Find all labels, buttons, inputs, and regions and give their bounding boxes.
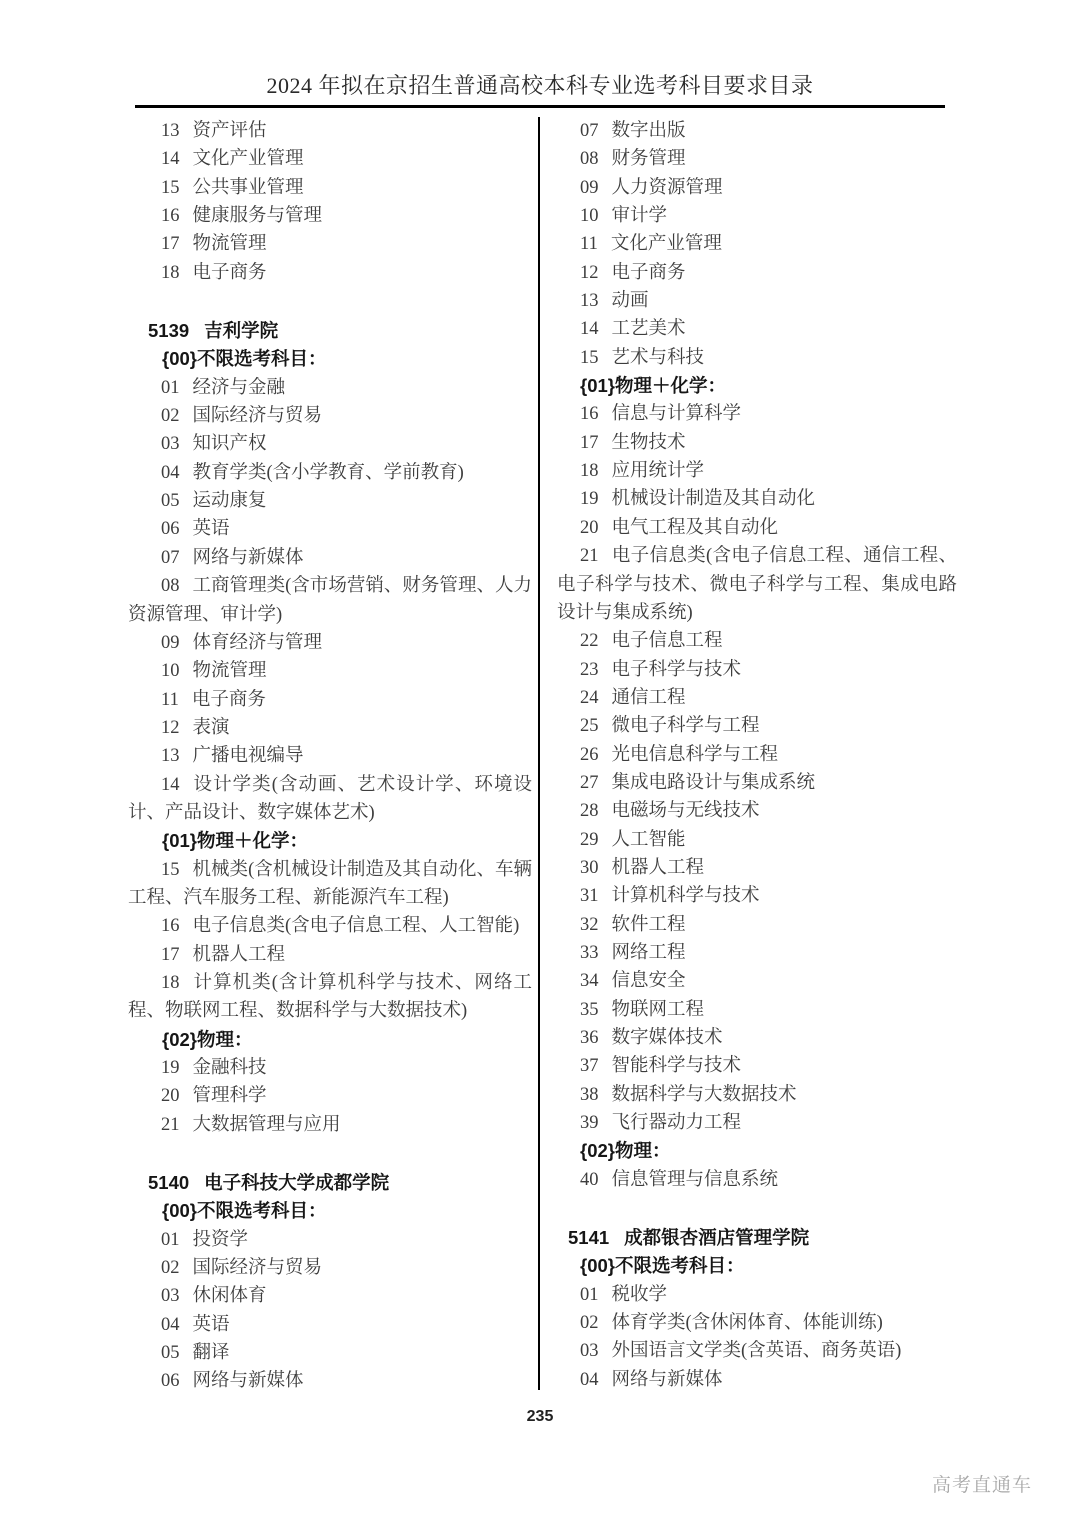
item-number: 11 [161, 690, 179, 710]
major-name: 光电信息科学与工程 [612, 745, 779, 765]
major-name: 机械类(含机械设计制造及其自动化、车辆工程、汽车服务工程、新能源汽车工程) [128, 860, 532, 908]
major-item: 15机械类(含机械设计制造及其自动化、车辆工程、汽车服务工程、新能源汽车工程) [128, 856, 532, 913]
item-number: 17 [161, 234, 180, 254]
document-page: 2024 年拟在京招生普通高校本科专业选考科目要求目录 13资产评估14文化产业… [0, 0, 1080, 1527]
item-number: 09 [161, 633, 180, 653]
major-item: 16信息与计算科学 [557, 400, 957, 428]
school-name: 电子科技大学成都学院 [204, 1172, 389, 1193]
item-number: 19 [161, 1058, 180, 1078]
major-name: 数字媒体技术 [612, 1028, 723, 1048]
item-number: 01 [161, 1230, 180, 1250]
major-name: 设计学类(含动画、艺术设计学、环境设计、产品设计、数字媒体艺术) [128, 775, 532, 823]
group-header: {00}不限选考科目： [128, 345, 532, 373]
major-name: 财务管理 [612, 149, 686, 169]
major-item: 33网络工程 [557, 939, 957, 967]
major-name: 英语 [193, 519, 230, 539]
item-number: 08 [580, 149, 599, 169]
major-item: 12表演 [128, 714, 532, 742]
major-name: 微电子科学与工程 [612, 716, 760, 736]
major-item: 05运动康复 [128, 487, 532, 515]
item-number: 04 [161, 1315, 180, 1335]
item-number: 02 [161, 406, 180, 426]
major-name: 运动康复 [193, 491, 267, 511]
major-item: 11文化产业管理 [557, 230, 957, 258]
major-item: 36数字媒体技术 [557, 1024, 957, 1052]
major-item: 03知识产权 [128, 430, 532, 458]
group-label: {00}不限选考科目： [580, 1255, 744, 1276]
item-number: 30 [580, 858, 599, 878]
item-number: 07 [161, 548, 180, 568]
major-name: 信息与计算科学 [612, 404, 742, 424]
major-item: 21大数据管理与应用 [128, 1111, 532, 1139]
major-name: 电子商务 [193, 263, 267, 283]
item-number: 13 [161, 746, 180, 766]
item-number: 14 [161, 775, 180, 795]
major-name: 通信工程 [612, 688, 686, 708]
item-number: 13 [580, 291, 599, 311]
item-number: 20 [580, 518, 599, 538]
major-name: 计算机类(含计算机科学与技术、网络工程、物联网工程、数据科学与大数据技术) [128, 973, 532, 1021]
major-name: 软件工程 [612, 915, 686, 935]
major-name: 网络与新媒体 [193, 548, 304, 568]
major-item: 15艺术与科技 [557, 344, 957, 372]
major-item: 35物联网工程 [557, 996, 957, 1024]
major-item: 11电子商务 [128, 686, 532, 714]
major-name: 物联网工程 [612, 1000, 705, 1020]
item-number: 19 [580, 489, 599, 509]
major-name: 公共事业管理 [193, 178, 304, 198]
major-item: 02国际经济与贸易 [128, 402, 532, 430]
two-column-content: 13资产评估14文化产业管理15公共事业管理16健康服务与管理17物流管理18电… [128, 117, 957, 1396]
major-name: 审计学 [612, 206, 668, 226]
major-name: 电子信息类(含电子信息工程、人工智能) [193, 916, 520, 936]
major-name: 经济与金融 [193, 378, 286, 398]
major-item: 13广播电视编导 [128, 742, 532, 770]
major-item: 22电子信息工程 [557, 627, 957, 655]
item-number: 34 [580, 971, 599, 991]
major-name: 表演 [193, 718, 230, 738]
watermark: 高考直通车 [932, 1470, 1032, 1497]
item-number: 01 [161, 378, 180, 398]
major-item: 13动画 [557, 287, 957, 315]
school-name: 成都银杏酒店管理学院 [624, 1227, 809, 1248]
item-number: 13 [161, 121, 180, 141]
major-item: 20管理科学 [128, 1082, 532, 1110]
major-name: 健康服务与管理 [193, 206, 323, 226]
major-name: 英语 [193, 1315, 230, 1335]
major-name: 信息安全 [612, 971, 686, 991]
item-number: 16 [161, 916, 180, 936]
item-number: 05 [161, 491, 180, 511]
major-item: 14设计学类(含动画、艺术设计学、环境设计、产品设计、数字媒体艺术) [128, 771, 532, 828]
major-item: 10审计学 [557, 202, 957, 230]
major-item: 25微电子科学与工程 [557, 712, 957, 740]
group-header: {00}不限选考科目： [557, 1252, 957, 1280]
major-name: 电子科学与技术 [612, 660, 742, 680]
major-name: 电气工程及其自动化 [612, 518, 779, 538]
major-item: 26光电信息科学与工程 [557, 741, 957, 769]
major-item: 16健康服务与管理 [128, 202, 532, 230]
major-item: 14文化产业管理 [128, 145, 532, 173]
major-item: 06网络与新媒体 [128, 1367, 532, 1395]
item-number: 10 [161, 661, 180, 681]
major-item: 38数据科学与大数据技术 [557, 1081, 957, 1109]
major-item: 28电磁场与无线技术 [557, 797, 957, 825]
item-number: 14 [580, 319, 599, 339]
major-name: 应用统计学 [612, 461, 705, 481]
school-header: 5139吉利学院 [128, 317, 532, 345]
major-name: 艺术与科技 [612, 348, 705, 368]
major-item: 01经济与金融 [128, 374, 532, 402]
item-number: 23 [580, 660, 599, 680]
item-number: 17 [161, 945, 180, 965]
item-number: 12 [161, 718, 180, 738]
group-header: {00}不限选考科目： [128, 1197, 532, 1225]
major-item: 03休闲体育 [128, 1282, 532, 1310]
major-item: 01税收学 [557, 1281, 957, 1309]
major-item: 20电气工程及其自动化 [557, 514, 957, 542]
spacer [557, 1194, 957, 1224]
item-number: 03 [580, 1341, 599, 1361]
major-item: 04网络与新媒体 [557, 1366, 957, 1394]
major-name: 动画 [612, 291, 649, 311]
major-name: 机器人工程 [193, 945, 286, 965]
item-number: 14 [161, 149, 180, 169]
major-name: 智能科学与技术 [612, 1056, 742, 1076]
major-name: 信息管理与信息系统 [612, 1170, 779, 1190]
item-number: 21 [161, 1115, 180, 1135]
major-name: 体育学类(含休闲体育、体能训练) [612, 1313, 883, 1333]
major-name: 工商管理类(含市场营销、财务管理、人力资源管理、审计学) [128, 576, 532, 624]
group-header: {01}物理＋化学： [128, 827, 532, 855]
major-item: 21电子信息类(含电子信息工程、通信工程、电子科学与技术、微电子科学与工程、集成… [557, 542, 957, 627]
major-name: 飞行器动力工程 [612, 1113, 742, 1133]
item-number: 5139 [148, 320, 189, 341]
item-number: 38 [580, 1085, 599, 1105]
item-number: 24 [580, 688, 599, 708]
major-item: 01投资学 [128, 1226, 532, 1254]
major-item: 10物流管理 [128, 657, 532, 685]
major-item: 06英语 [128, 515, 532, 543]
major-name: 集成电路设计与集成系统 [612, 773, 816, 793]
item-number: 40 [580, 1170, 599, 1190]
item-number: 16 [580, 404, 599, 424]
major-name: 电子商务 [612, 263, 686, 283]
item-number: 32 [580, 915, 599, 935]
item-number: 37 [580, 1056, 599, 1076]
title-rule [135, 105, 945, 108]
major-item: 04教育学类(含小学教育、学前教育) [128, 459, 532, 487]
major-item: 30机器人工程 [557, 854, 957, 882]
major-item: 12电子商务 [557, 259, 957, 287]
major-item: 40信息管理与信息系统 [557, 1166, 957, 1194]
major-name: 数字出版 [612, 121, 686, 141]
group-header: {01}物理＋化学： [557, 372, 957, 400]
page-number: 235 [0, 1408, 1080, 1426]
item-number: 06 [161, 1371, 180, 1391]
item-number: 22 [580, 631, 599, 651]
item-number: 04 [580, 1370, 599, 1390]
major-name: 物流管理 [193, 234, 267, 254]
major-item: 29人工智能 [557, 826, 957, 854]
school-name: 吉利学院 [204, 320, 278, 341]
major-item: 37智能科学与技术 [557, 1052, 957, 1080]
page-title: 2024 年拟在京招生普通高校本科专业选考科目要求目录 [0, 72, 1080, 100]
major-item: 17物流管理 [128, 230, 532, 258]
spacer [128, 287, 532, 317]
item-number: 01 [580, 1285, 599, 1305]
major-name: 大数据管理与应用 [193, 1115, 341, 1135]
major-item: 18电子商务 [128, 259, 532, 287]
group-label: {00}不限选考科目： [162, 348, 326, 369]
major-name: 体育经济与管理 [193, 633, 323, 653]
right-column: 07数字出版08财务管理09人力资源管理10审计学11文化产业管理12电子商务1… [557, 117, 957, 1394]
item-number: 03 [161, 434, 180, 454]
item-number: 39 [580, 1113, 599, 1133]
major-name: 电子信息类(含电子信息工程、通信工程、电子科学与技术、微电子科学与工程、集成电路… [557, 546, 957, 623]
major-name: 外国语言文学类(含英语、商务英语) [612, 1341, 902, 1361]
item-number: 10 [580, 206, 599, 226]
major-name: 国际经济与贸易 [193, 1258, 323, 1278]
item-number: 27 [580, 773, 599, 793]
major-item: 18计算机类(含计算机科学与技术、网络工程、物联网工程、数据科学与大数据技术) [128, 969, 532, 1026]
major-item: 34信息安全 [557, 967, 957, 995]
major-item: 09人力资源管理 [557, 174, 957, 202]
major-name: 资产评估 [193, 121, 267, 141]
major-item: 07数字出版 [557, 117, 957, 145]
item-number: 15 [161, 860, 180, 880]
item-number: 21 [580, 546, 599, 566]
major-name: 翻译 [193, 1343, 230, 1363]
major-name: 网络工程 [612, 943, 686, 963]
major-item: 17机器人工程 [128, 941, 532, 969]
major-item: 05翻译 [128, 1339, 532, 1367]
item-number: 09 [580, 178, 599, 198]
major-item: 08财务管理 [557, 145, 957, 173]
major-name: 机器人工程 [612, 858, 705, 878]
major-name: 休闲体育 [193, 1286, 267, 1306]
major-name: 生物技术 [612, 433, 686, 453]
major-item: 23电子科学与技术 [557, 656, 957, 684]
major-item: 14工艺美术 [557, 315, 957, 343]
school-header: 5140电子科技大学成都学院 [128, 1169, 532, 1197]
major-item: 13资产评估 [128, 117, 532, 145]
item-number: 25 [580, 716, 599, 736]
major-item: 08工商管理类(含市场营销、财务管理、人力资源管理、审计学) [128, 572, 532, 629]
group-label: {01}物理＋化学： [162, 830, 308, 851]
item-number: 18 [161, 973, 180, 993]
group-label: {01}物理＋化学： [580, 375, 726, 396]
item-number: 15 [580, 348, 599, 368]
item-number: 08 [161, 576, 180, 596]
item-number: 03 [161, 1286, 180, 1306]
major-item: 19机械设计制造及其自动化 [557, 485, 957, 513]
major-name: 知识产权 [193, 434, 267, 454]
major-item: 17生物技术 [557, 429, 957, 457]
major-name: 电子商务 [192, 690, 266, 710]
major-name: 国际经济与贸易 [193, 406, 323, 426]
major-item: 03外国语言文学类(含英语、商务英语) [557, 1337, 957, 1365]
major-name: 机械设计制造及其自动化 [612, 489, 816, 509]
item-number: 04 [161, 463, 180, 483]
item-number: 26 [580, 745, 599, 765]
major-item: 07网络与新媒体 [128, 544, 532, 572]
item-number: 11 [580, 234, 598, 254]
item-number: 15 [161, 178, 180, 198]
major-item: 31计算机科学与技术 [557, 882, 957, 910]
item-number: 35 [580, 1000, 599, 1020]
major-name: 管理科学 [193, 1086, 267, 1106]
item-number: 02 [580, 1313, 599, 1333]
group-label: {02}物理： [162, 1029, 252, 1050]
item-number: 16 [161, 206, 180, 226]
item-number: 20 [161, 1086, 180, 1106]
major-name: 税收学 [612, 1285, 668, 1305]
item-number: 28 [580, 801, 599, 821]
major-item: 32软件工程 [557, 911, 957, 939]
item-number: 31 [580, 886, 599, 906]
major-name: 人力资源管理 [612, 178, 723, 198]
spacer [128, 1139, 532, 1169]
major-item: 09体育经济与管理 [128, 629, 532, 657]
major-item: 02国际经济与贸易 [128, 1254, 532, 1282]
major-item: 02体育学类(含休闲体育、体能训练) [557, 1309, 957, 1337]
group-header: {02}物理： [128, 1026, 532, 1054]
major-name: 广播电视编导 [193, 746, 304, 766]
item-number: 12 [580, 263, 599, 283]
item-number: 18 [580, 461, 599, 481]
major-name: 工艺美术 [612, 319, 686, 339]
major-name: 文化产业管理 [193, 149, 304, 169]
item-number: 36 [580, 1028, 599, 1048]
item-number: 06 [161, 519, 180, 539]
major-item: 39飞行器动力工程 [557, 1109, 957, 1137]
group-label: {02}物理： [580, 1140, 670, 1161]
major-name: 人工智能 [612, 830, 686, 850]
left-column: 13资产评估14文化产业管理15公共事业管理16健康服务与管理17物流管理18电… [128, 117, 532, 1396]
major-name: 电子信息工程 [612, 631, 723, 651]
school-header: 5141成都银杏酒店管理学院 [557, 1224, 957, 1252]
major-name: 物流管理 [193, 661, 267, 681]
group-label: {00}不限选考科目： [162, 1200, 326, 1221]
major-item: 19金融科技 [128, 1054, 532, 1082]
major-item: 27集成电路设计与集成系统 [557, 769, 957, 797]
major-name: 金融科技 [193, 1058, 267, 1078]
major-item: 16电子信息类(含电子信息工程、人工智能) [128, 912, 532, 940]
item-number: 29 [580, 830, 599, 850]
item-number: 5141 [568, 1227, 609, 1248]
column-divider [538, 117, 540, 1390]
item-number: 02 [161, 1258, 180, 1278]
major-name: 教育学类(含小学教育、学前教育) [193, 463, 464, 483]
major-item: 24通信工程 [557, 684, 957, 712]
major-item: 15公共事业管理 [128, 174, 532, 202]
item-number: 05 [161, 1343, 180, 1363]
major-name: 投资学 [193, 1230, 249, 1250]
major-name: 计算机科学与技术 [612, 886, 760, 906]
major-name: 网络与新媒体 [612, 1370, 723, 1390]
major-item: 04英语 [128, 1311, 532, 1339]
major-item: 18应用统计学 [557, 457, 957, 485]
item-number: 33 [580, 943, 599, 963]
major-name: 文化产业管理 [611, 234, 722, 254]
major-name: 网络与新媒体 [193, 1371, 304, 1391]
major-name: 电磁场与无线技术 [612, 801, 760, 821]
major-name: 数据科学与大数据技术 [612, 1085, 797, 1105]
group-header: {02}物理： [557, 1137, 957, 1165]
item-number: 07 [580, 121, 599, 141]
item-number: 17 [580, 433, 599, 453]
item-number: 18 [161, 263, 180, 283]
item-number: 5140 [148, 1172, 189, 1193]
